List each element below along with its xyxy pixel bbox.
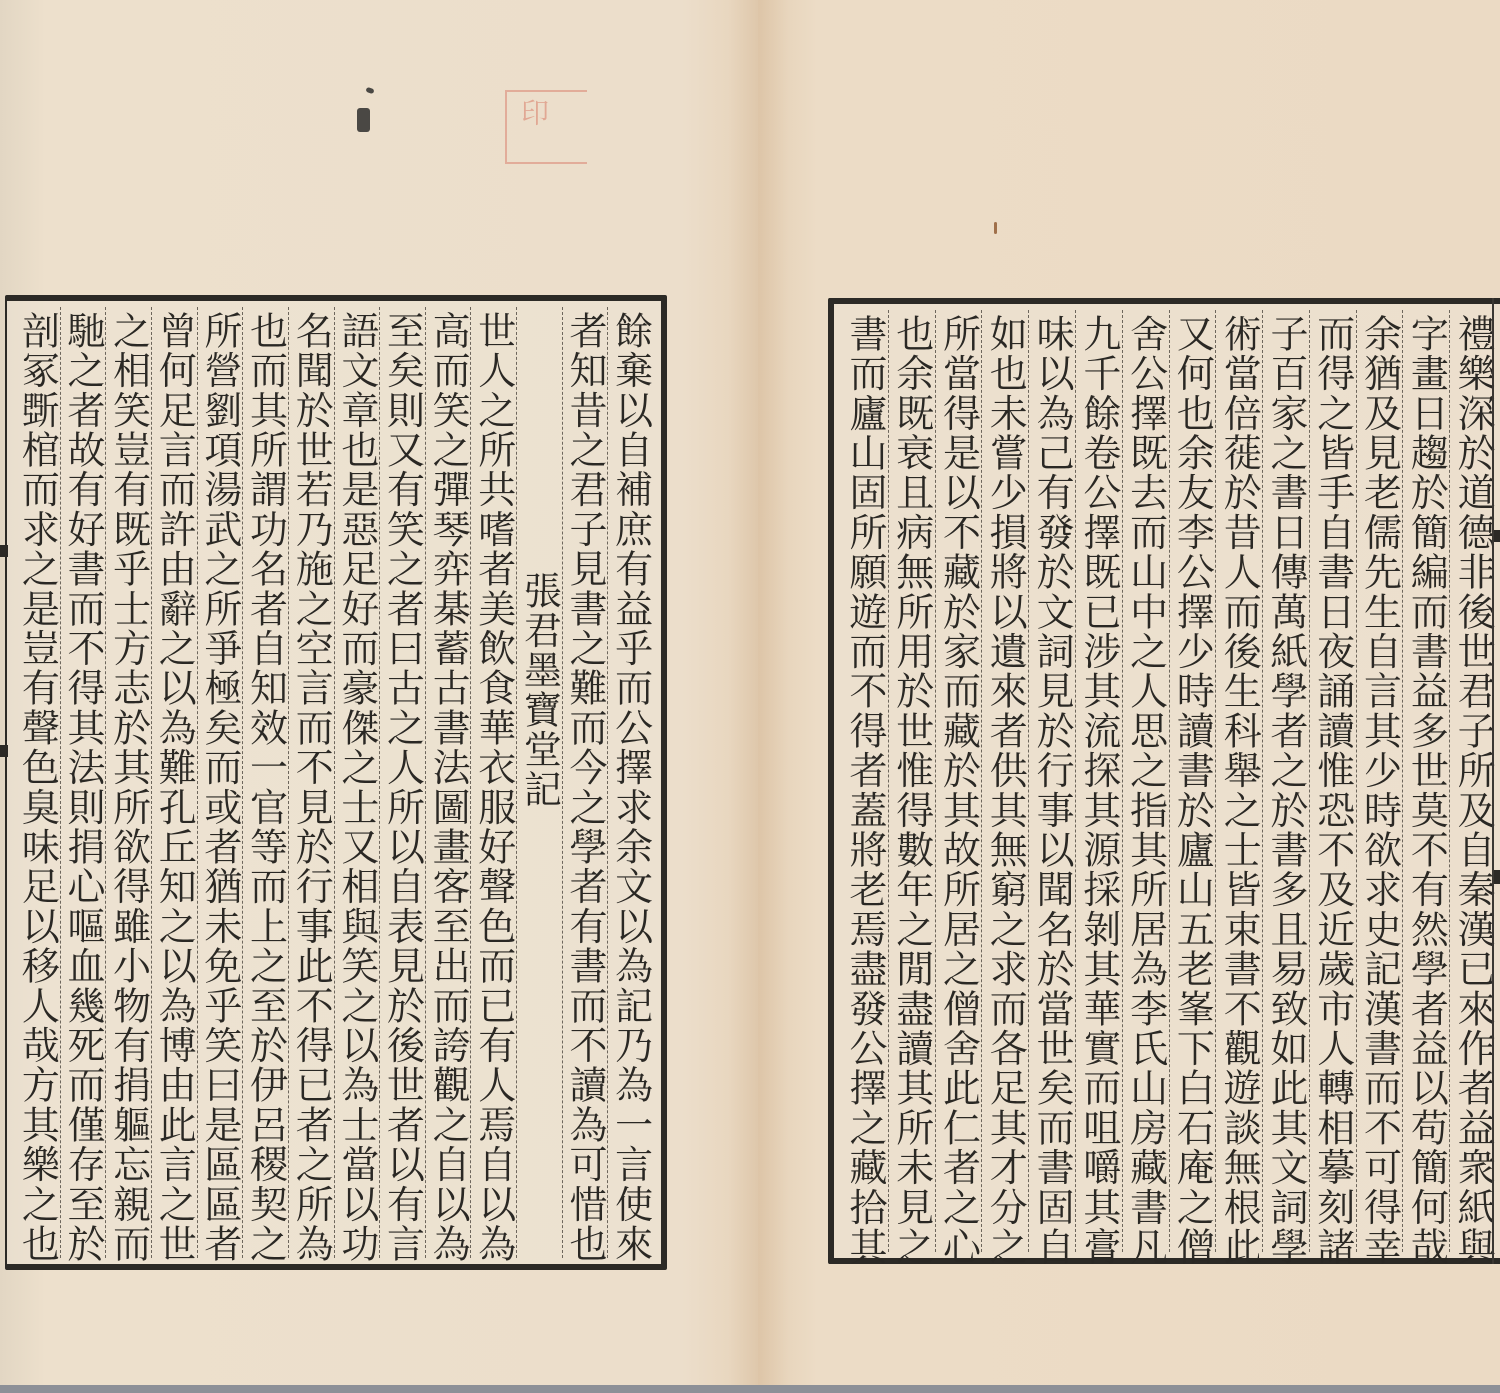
left-page-columns: 餘棄以自補庶有益乎而公擇求余文以為記乃為一言使來 者知昔之君子見書之難而今之學者… bbox=[15, 307, 653, 1258]
column-text: 術當倍蓰於昔人而後生科舉之士皆束書不觀遊談無根此 bbox=[1217, 314, 1261, 1267]
right-page-columns: 禮樂深於道德非後世君子所及自秦漢已來作者益衆紙與 字畫日趨於簡編而書益多世莫不有… bbox=[842, 310, 1496, 1252]
essay-title-column: 張君墨寶堂記 bbox=[516, 307, 562, 1258]
column-text: 九千餘卷公擇既已涉其流探其源採剝其華實而咀嚼其膏 bbox=[1077, 314, 1121, 1267]
ink-speck bbox=[365, 87, 374, 94]
fold-edge-mark bbox=[1494, 530, 1500, 542]
column-text: 高而笑之彈琴弈棊蓄古書法圖畫客至出而誇觀之自以為 bbox=[426, 311, 470, 1264]
text-column: 高而笑之彈琴弈棊蓄古書法圖畫客至出而誇觀之自以為 bbox=[425, 307, 471, 1258]
column-text: 世人之所共嗜者美飲食華衣服好聲色而已有人焉自以為 bbox=[472, 311, 516, 1264]
fold-edge-mark bbox=[0, 545, 8, 557]
text-column: 書而廬山固所願遊而不得者蓋將老焉盡發公擇之藏拾其 bbox=[842, 310, 888, 1252]
column-text: 馳之者故有好書而不得其法則捐心嘔血幾死而僅存至於 bbox=[61, 311, 105, 1264]
column-text: 所當得是以不藏於家而藏於其故所居之僧舍此仁者之心 bbox=[937, 314, 981, 1267]
text-column: 術當倍蓰於昔人而後生科舉之士皆束書不觀遊談無根此 bbox=[1215, 310, 1262, 1252]
column-text: 餘棄以自補庶有益乎而公擇求余文以為記乃為一言使來 bbox=[609, 311, 653, 1264]
spine-shadow bbox=[758, 0, 788, 1385]
column-text: 名聞於世若乃施之空言而不見於行事此不得已者之所為 bbox=[289, 311, 333, 1264]
text-column: 至矣則又有笑之者曰古之人所以自表見於後世者以有言 bbox=[379, 307, 425, 1258]
fold-edge-mark bbox=[0, 745, 8, 757]
text-column: 語文章也是惡足好而豪傑之士又相與笑之以為士當以功 bbox=[334, 307, 380, 1258]
column-text: 剖冢斲棺而求之是豈有聲色臭味足以移人哉方其樂之也 bbox=[15, 311, 59, 1264]
column-text: 子百家之書日傳萬紙學者之於書多且易致如此其文詞學 bbox=[1264, 314, 1308, 1267]
text-column: 者知昔之君子見書之難而今之學者有書而不讀為可惜也 bbox=[562, 307, 608, 1258]
text-column: 子百家之書日傳萬紙學者之於書多且易致如此其文詞學 bbox=[1262, 310, 1309, 1252]
spine-shadow bbox=[728, 0, 758, 1385]
fold-edge-mark bbox=[1494, 870, 1500, 884]
text-column: 也而其所謂功名者自知效一官等而上之至於伊呂稷契之 bbox=[242, 307, 288, 1258]
column-text: 者知昔之君子見書之難而今之學者有書而不讀為可惜也 bbox=[563, 311, 607, 1264]
column-text: 如也未嘗少損將以遺來者供其無窮之求而各足其才分之 bbox=[983, 314, 1027, 1267]
text-column: 又何也余友李公擇少時讀書於廬山五老峯下白石庵之僧 bbox=[1169, 310, 1216, 1252]
text-column: 剖冢斲棺而求之是豈有聲色臭味足以移人哉方其樂之也 bbox=[15, 307, 60, 1258]
column-text: 也余既衰且病無所用於世惟得數年之閒盡讀其所未見之 bbox=[890, 314, 934, 1267]
essay-title: 張君墨寶堂記 bbox=[517, 571, 561, 809]
text-column: 之相笑豈有既乎士方志於其所欲得雖小物有捐軀忘親而 bbox=[105, 307, 151, 1258]
column-text: 書而廬山固所願遊而不得者蓋將老焉盡發公擇之藏拾其 bbox=[843, 314, 887, 1267]
column-text: 又何也余友李公擇少時讀書於廬山五老峯下白石庵之僧 bbox=[1170, 314, 1214, 1267]
text-column: 也余既衰且病無所用於世惟得數年之閒盡讀其所未見之 bbox=[888, 310, 935, 1252]
column-text: 至矣則又有笑之者曰古之人所以自表見於後世者以有言 bbox=[380, 311, 424, 1264]
ink-blot bbox=[357, 108, 370, 132]
column-text: 字畫日趨於簡編而書益多世莫不有然學者益以苟簡何哉 bbox=[1404, 314, 1448, 1267]
text-column: 九千餘卷公擇既已涉其流探其源採剝其華實而咀嚼其膏 bbox=[1075, 310, 1122, 1252]
column-text: 味以為己有發於文詞見於行事以聞名於當世矣而書固自 bbox=[1030, 314, 1074, 1267]
right-page: 禮樂深於道德非後世君子所及自秦漢已來作者益衆紙與 字畫日趨於簡編而書益多世莫不有… bbox=[758, 0, 1500, 1385]
text-column: 舍公擇既去而山中之人思之指其所居為李氏山房藏書凡 bbox=[1122, 310, 1169, 1252]
column-text: 也而其所謂功名者自知效一官等而上之至於伊呂稷契之 bbox=[244, 311, 288, 1264]
collector-seal-stamp: 印 bbox=[505, 90, 587, 164]
text-column: 字畫日趨於簡編而書益多世莫不有然學者益以苟簡何哉 bbox=[1402, 310, 1449, 1252]
text-column: 曾何足言而許由辭之以為難孔丘知之以為博由此言之世 bbox=[151, 307, 197, 1258]
column-text: 禮樂深於道德非後世君子所及自秦漢已來作者益衆紙與 bbox=[1451, 314, 1495, 1267]
column-text: 語文章也是惡足好而豪傑之士又相與笑之以為士當以功 bbox=[335, 311, 379, 1264]
frame-edge-line bbox=[1492, 298, 1494, 1264]
text-column: 餘棄以自補庶有益乎而公擇求余文以為記乃為一言使來 bbox=[607, 307, 653, 1258]
column-text: 而得之皆手自書日夜誦讀惟恐不及近歲市人轉相摹刻諸 bbox=[1311, 314, 1355, 1267]
text-column: 名聞於世若乃施之空言而不見於行事此不得已者之所為 bbox=[288, 307, 334, 1258]
seal-glyph: 印 bbox=[517, 98, 549, 126]
column-text: 余猶及見老儒先生自言其少時欲求史記漢書而不可得幸 bbox=[1358, 314, 1402, 1267]
left-page: 印 餘棄以自補庶有益乎而公擇求余文以為記乃為一言使來 者知昔之君子見書之難而今之… bbox=[0, 0, 759, 1385]
text-column: 如也未嘗少損將以遺來者供其無窮之求而各足其才分之 bbox=[981, 310, 1028, 1252]
column-text: 曾何足言而許由辭之以為難孔丘知之以為博由此言之世 bbox=[152, 311, 196, 1264]
text-column: 味以為己有發於文詞見於行事以聞名於當世矣而書固自 bbox=[1028, 310, 1075, 1252]
text-column: 馳之者故有好書而不得其法則捐心嘔血幾死而僅存至於 bbox=[60, 307, 106, 1258]
text-column: 余猶及見老儒先生自言其少時欲求史記漢書而不可得幸 bbox=[1356, 310, 1403, 1252]
left-page-text-frame: 餘棄以自補庶有益乎而公擇求余文以為記乃為一言使來 者知昔之君子見書之難而今之學者… bbox=[5, 295, 667, 1270]
text-column: 所營劉項湯武之所爭極矣而或者猶未免乎笑曰是區區者 bbox=[197, 307, 243, 1258]
column-text: 之相笑豈有既乎士方志於其所欲得雖小物有捐軀忘親而 bbox=[107, 311, 151, 1264]
text-column: 禮樂深於道德非後世君子所及自秦漢已來作者益衆紙與 bbox=[1449, 310, 1496, 1252]
column-text: 所營劉項湯武之所爭極矣而或者猶未免乎笑曰是區區者 bbox=[198, 311, 242, 1264]
text-column: 而得之皆手自書日夜誦讀惟恐不及近歲市人轉相摹刻諸 bbox=[1309, 310, 1356, 1252]
paper-stain bbox=[994, 222, 997, 234]
text-column: 世人之所共嗜者美飲食華衣服好聲色而已有人焉自以為 bbox=[470, 307, 516, 1258]
column-text: 舍公擇既去而山中之人思之指其所居為李氏山房藏書凡 bbox=[1124, 314, 1168, 1267]
text-column: 所當得是以不藏於家而藏於其故所居之僧舍此仁者之心 bbox=[935, 310, 982, 1252]
right-page-text-frame: 禮樂深於道德非後世君子所及自秦漢已來作者益衆紙與 字畫日趨於簡編而書益多世莫不有… bbox=[828, 298, 1500, 1264]
